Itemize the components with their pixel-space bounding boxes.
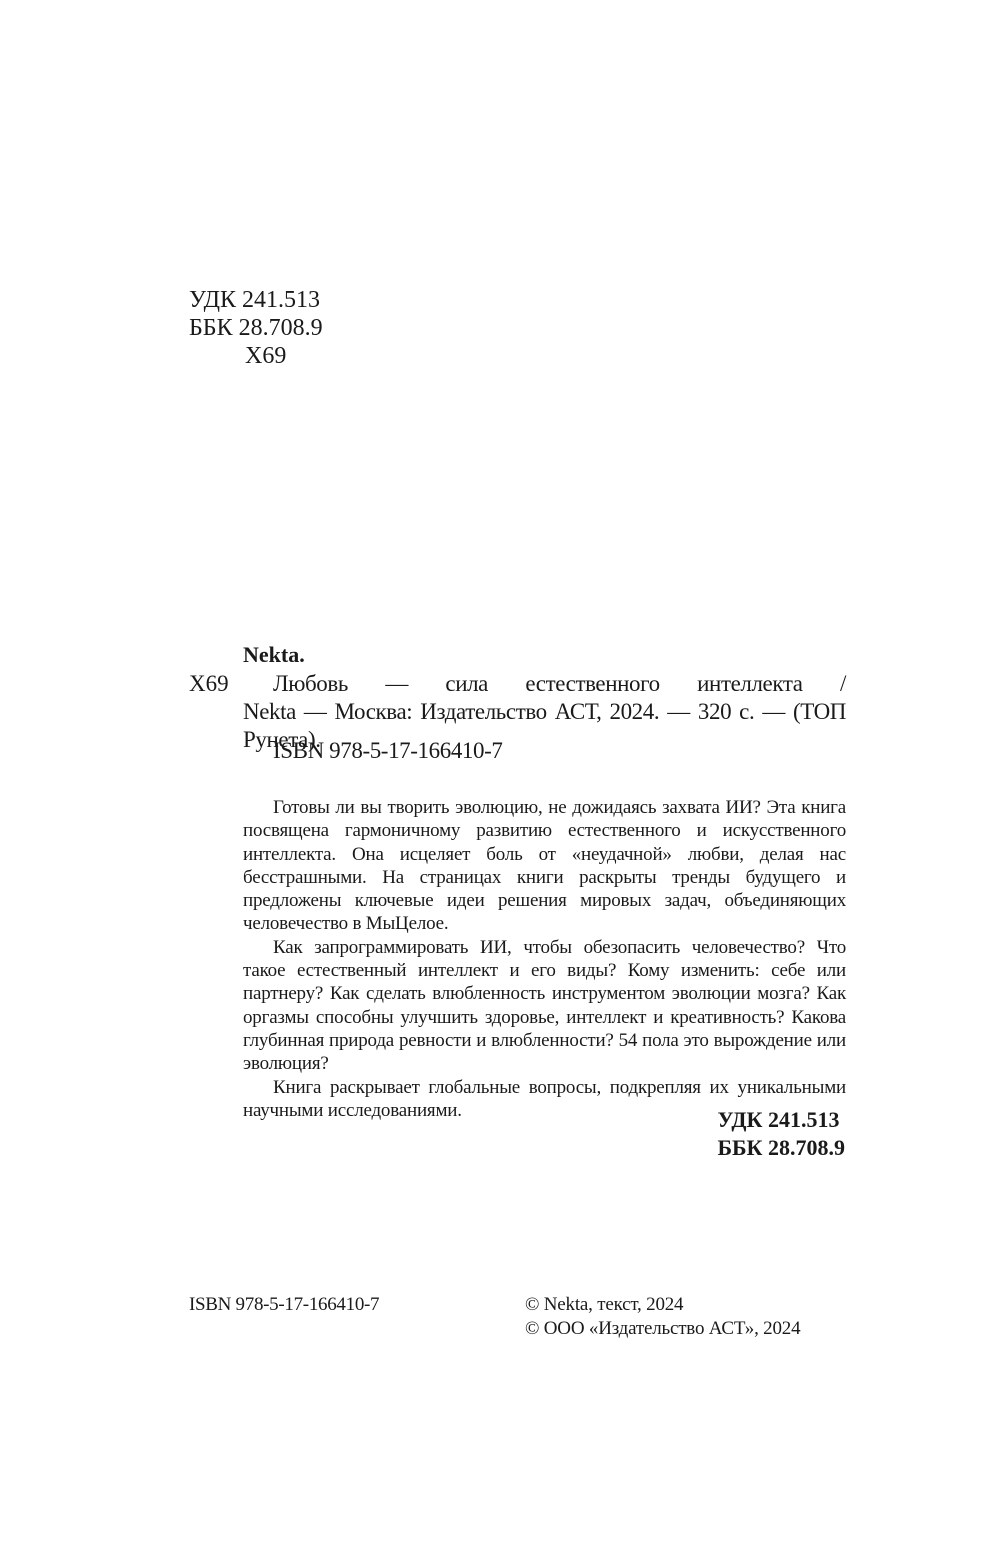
copyright-block: © Nekta, текст, 2024 © ООО «Издательство… xyxy=(525,1293,800,1341)
author-mark-entry: Х69 xyxy=(189,670,229,698)
udk-code-bold: УДК 241.513 xyxy=(717,1106,845,1134)
author-mark: Х69 xyxy=(189,342,323,370)
classification-codes-top: УДК 241.513 ББК 28.708.9 Х69 xyxy=(189,286,323,370)
abstract-paragraph: Как запрограммировать ИИ, чтобы обезопас… xyxy=(243,936,846,1076)
abstract-paragraph: Готовы ли вы творить эволюцию, не дожида… xyxy=(243,796,846,936)
copyright-publisher: © ООО «Издательство АСТ», 2024 xyxy=(525,1317,800,1341)
bibliographic-title-line: Любовь — сила естественного интеллекта / xyxy=(243,670,846,698)
isbn-entry: ISBN 978-5-17-166410-7 xyxy=(273,737,503,765)
bbk-code-bold: ББК 28.708.9 xyxy=(717,1134,845,1162)
udk-code: УДК 241.513 xyxy=(189,286,323,314)
isbn-footer: ISBN 978-5-17-166410-7 xyxy=(189,1293,379,1317)
abstract: Готовы ли вы творить эволюцию, не дожида… xyxy=(243,796,846,1122)
bbk-code: ББК 28.708.9 xyxy=(189,314,323,342)
copyright-author: © Nekta, текст, 2024 xyxy=(525,1293,800,1317)
author-name: Nekta. xyxy=(243,640,305,670)
classification-codes-bottom: УДК 241.513 ББК 28.708.9 xyxy=(717,1106,845,1162)
